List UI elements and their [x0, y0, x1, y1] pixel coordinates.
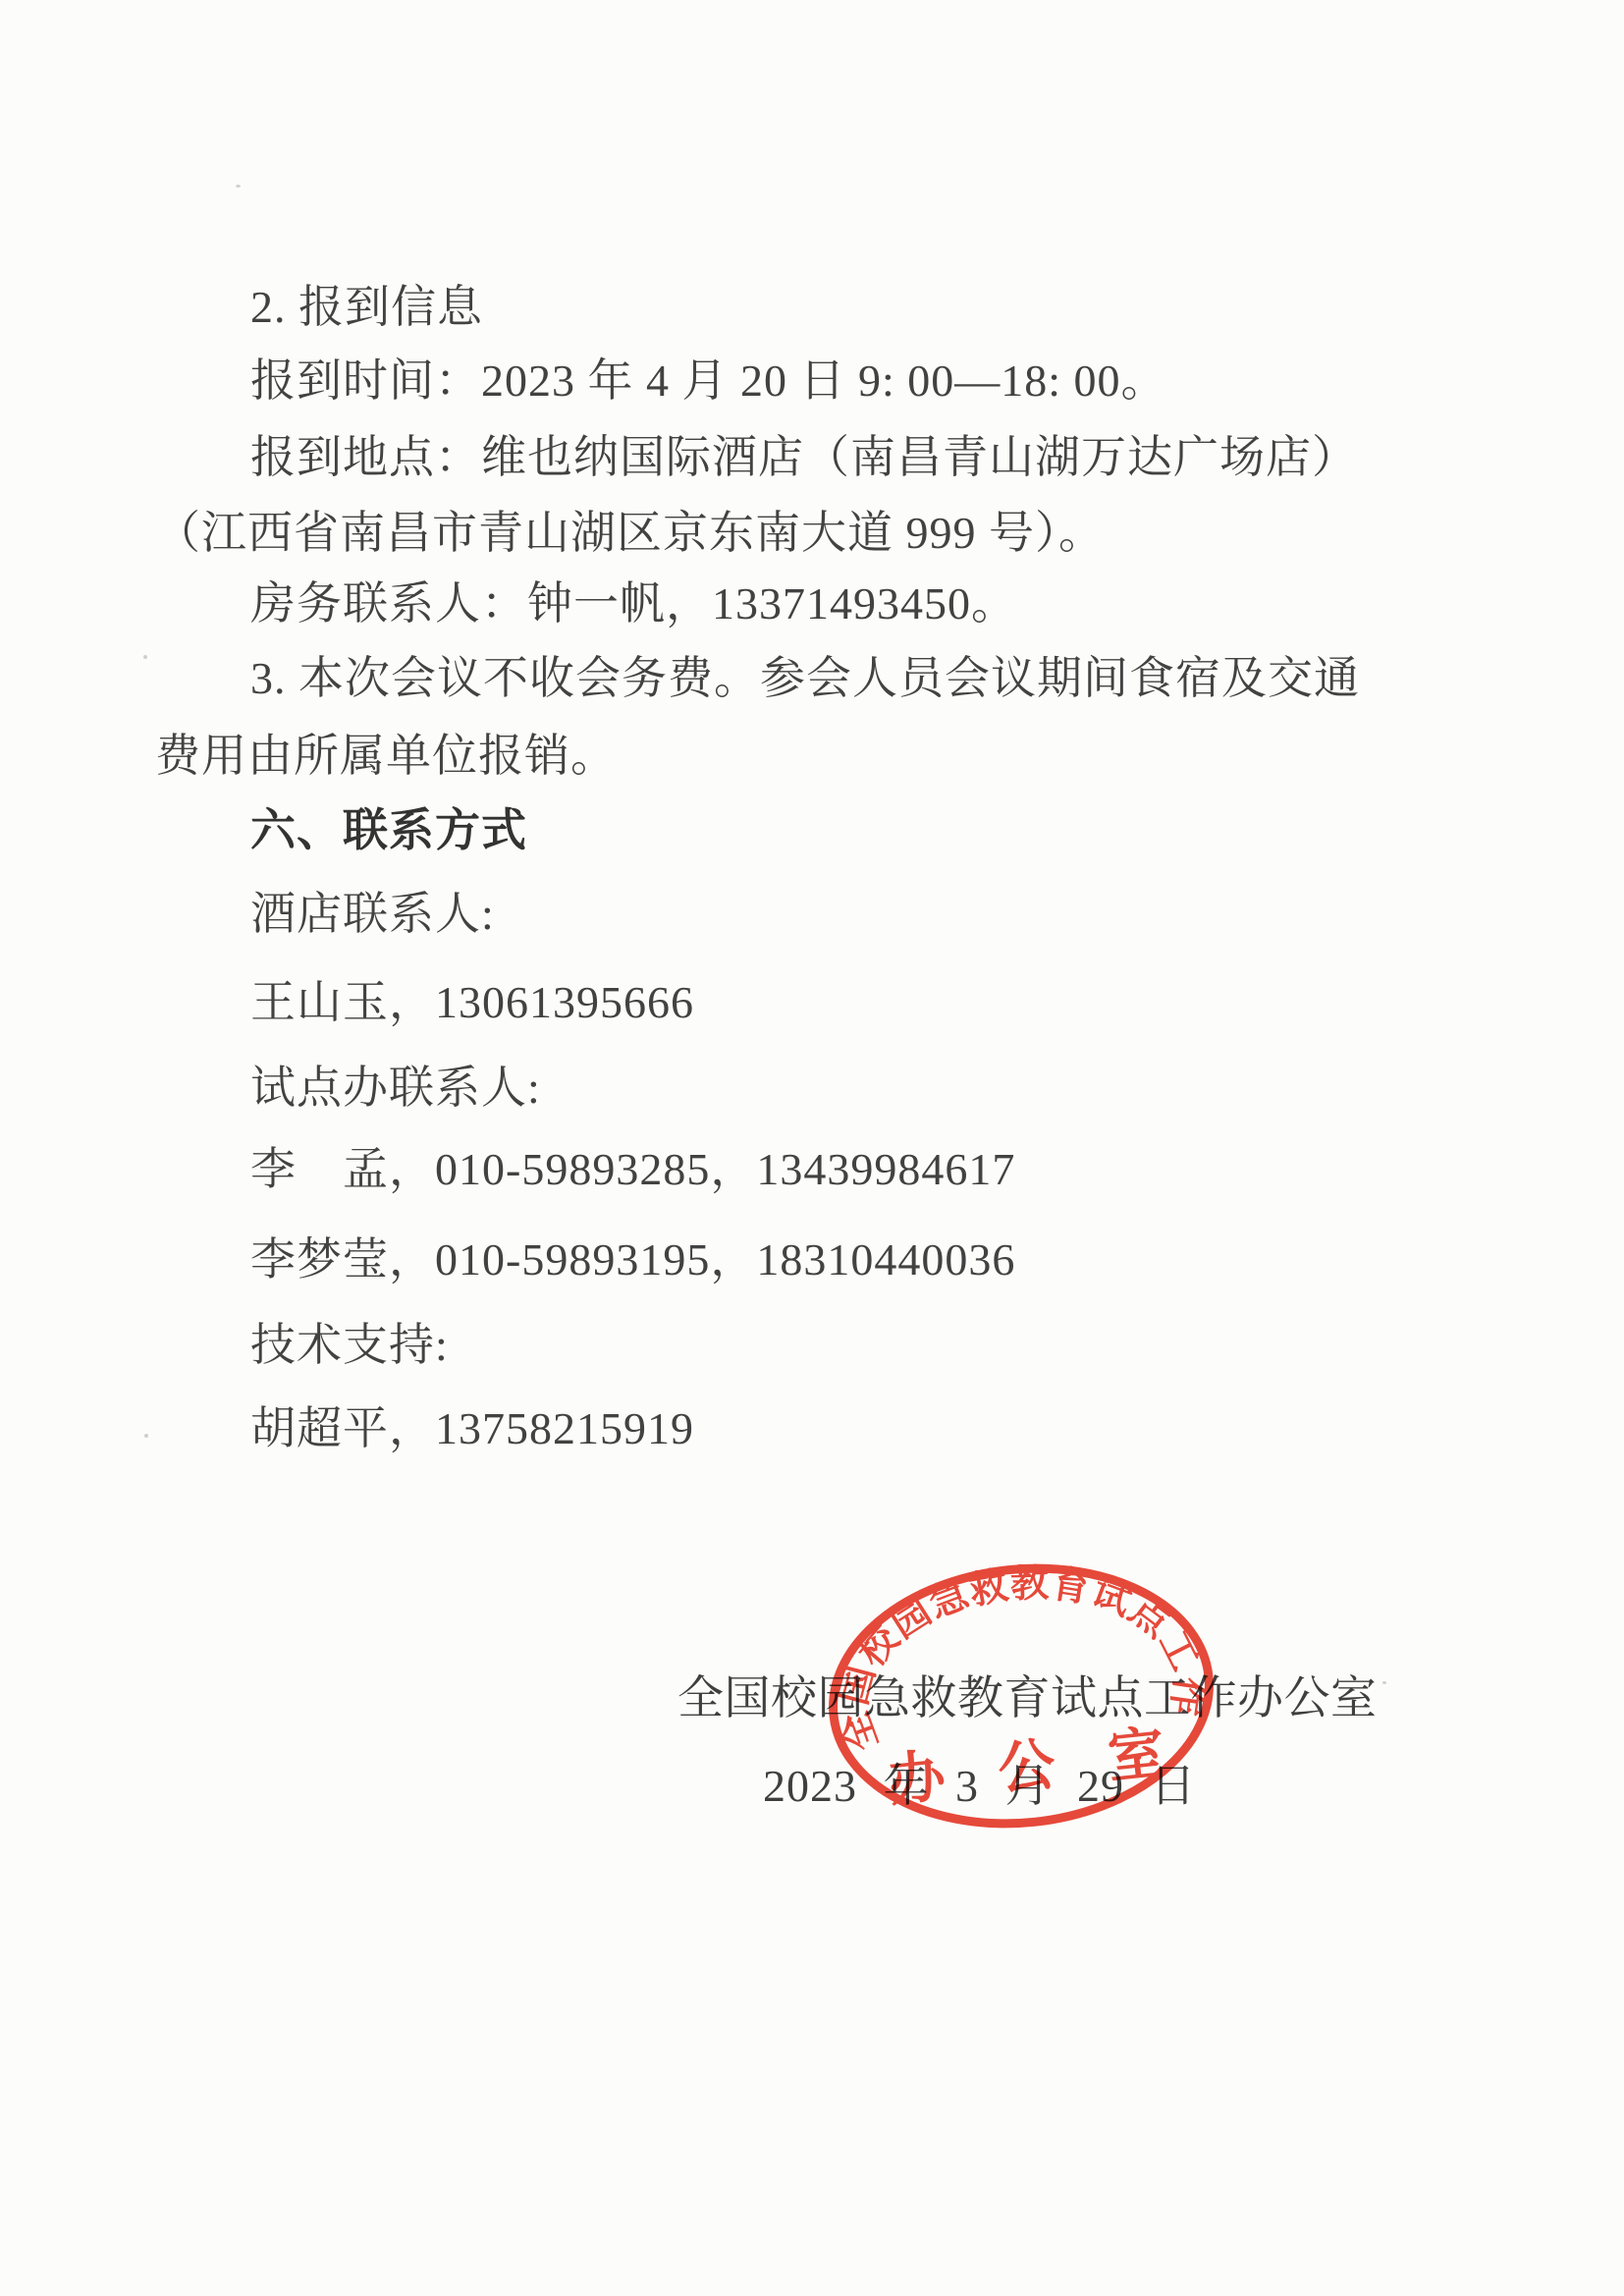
- doc-line-7: 费用由所属单位报销。: [155, 731, 617, 782]
- official-stamp: 全国校园急救教育试点工作 办 公 室: [789, 1517, 1252, 1875]
- doc-line-15: 胡超平，13758215919: [250, 1403, 694, 1454]
- doc-line-6: 3. 本次会议不收会务费。参会人员会议期间食宿及交通: [250, 653, 1360, 704]
- doc-line-4: （江西省南昌市青山湖区京东南大道 999 号）。: [155, 508, 1105, 559]
- doc-line-14: 技术支持:: [250, 1320, 449, 1371]
- doc-line-11: 试点办联系人:: [250, 1063, 541, 1114]
- doc-line-5: 房务联系人：钟一帆，13371493450。: [250, 578, 1017, 629]
- doc-line-12: 李 孟，010-59893285，13439984617: [250, 1144, 1015, 1195]
- doc-line-2: 报到时间：2023 年 4 月 20 日 9: 00—18: 00。: [250, 355, 1167, 407]
- scan-speck: [143, 655, 147, 659]
- stamp-center-text: 办 公 室: [885, 1719, 1187, 1813]
- doc-line-10: 王山玉，13061395666: [250, 977, 694, 1028]
- doc-line-1: 2. 报到信息: [250, 282, 483, 333]
- doc-line-13: 李梦莹，010-59893195，18310440036: [250, 1234, 1015, 1285]
- document-page: 2. 报到信息 报到时间：2023 年 4 月 20 日 9: 00—18: 0…: [0, 0, 1624, 2296]
- doc-line-9: 酒店联系人:: [250, 889, 495, 940]
- scan-speck: [144, 1434, 148, 1438]
- doc-line-3: 报到地点：维也纳国际酒店（南昌青山湖万达广场店）: [250, 432, 1358, 483]
- scan-speck: [236, 185, 241, 188]
- section-heading-contact: 六、联系方式: [250, 805, 527, 856]
- scan-speck: [1382, 1681, 1386, 1684]
